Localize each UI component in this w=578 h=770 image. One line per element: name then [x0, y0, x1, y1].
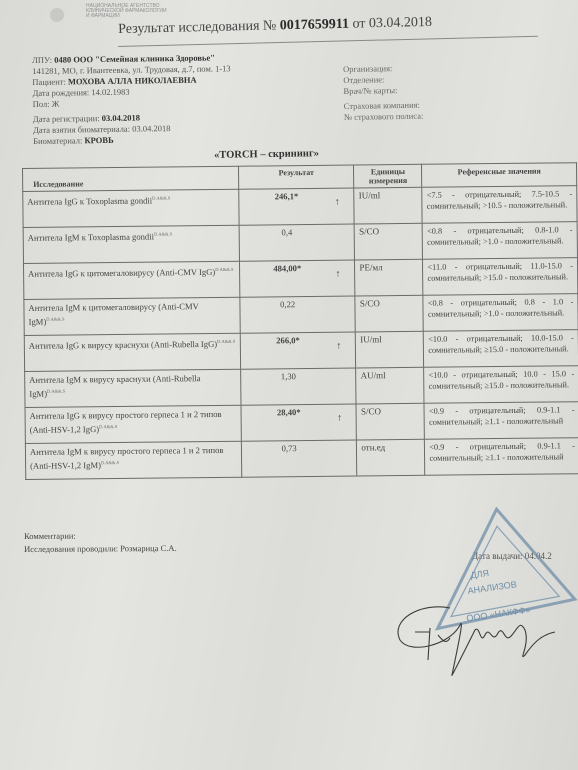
test-name-text: Антитела IgG к цитомегаловирусу (Anti-CM… [28, 267, 215, 279]
header-reference: Референсные значения [422, 163, 577, 188]
comments-label: Комментарии: [24, 529, 177, 543]
arrow-up-icon: ↑ [336, 341, 341, 352]
table-row: Антитела IgM к вирусу краснухи (Anti-Rub… [25, 366, 578, 408]
result-value: 0,22 [280, 299, 295, 309]
test-reference: <7.5 - отрицательный; 7.5-10.5 - сомните… [422, 186, 577, 224]
table-row: Антитела IgM к вирусу простого герпеса 1… [25, 438, 578, 480]
test-name: Антитела IgM к цитомегаловирусу (Anti-CM… [24, 297, 240, 335]
test-units: IU/ml [356, 331, 424, 368]
result-value: 0,4 [281, 227, 292, 237]
patient-label: Пациент: [32, 77, 66, 87]
arrow-up-icon: ↑ [335, 269, 340, 280]
title-date: 03.04.2018 [369, 15, 432, 31]
test-units: PE/мл [355, 259, 423, 296]
biomaterial-line: Биоматериал: КРОВЬ [33, 133, 232, 147]
title-date-prefix: от [349, 16, 369, 31]
test-name-text: Антитела IgG к Toxoplasma gondii [27, 195, 152, 206]
lpu-label: ЛПУ: [32, 55, 52, 65]
test-result: 0,73 [241, 440, 357, 477]
test-reference: <11.0 - отрицательный; 11.0-15.0 - сомни… [423, 258, 578, 296]
result-value: 28,40* [277, 407, 301, 417]
birth-value: 14.02.1983 [91, 87, 129, 98]
test-result: 484,00*↑ [239, 260, 355, 297]
header-units: Единицы измерения [354, 164, 422, 188]
result-value: 1,30 [281, 371, 296, 381]
result-value: 266,0* [276, 335, 300, 345]
test-name: Антитела IgG к вирусу простого герпеса 1… [25, 405, 241, 443]
sample-label: Дата взятия биоматериала: [33, 124, 130, 135]
table-row: Антитела IgG к вирусу краснухи (Anti-Rub… [24, 330, 578, 372]
test-name: Антитела IgG к Toxoplasma gondiiD.A&&.S [23, 189, 239, 227]
result-value: 0,73 [282, 443, 297, 453]
test-code: D.A&&.S [101, 460, 119, 465]
test-name-text: Антитела IgM к вирусу краснухи (Anti-Rub… [29, 373, 200, 399]
test-result: 266,0*↑ [240, 332, 356, 369]
test-code: D.A&&.S [215, 267, 233, 272]
test-reference: <0.8 - отрицательный; 0.8-1.0 - сомнител… [422, 222, 577, 260]
report-footer: Комментарии: Исследования проводили: Роз… [24, 529, 177, 556]
test-code: D.A&&.S [217, 339, 235, 344]
test-reference: <10.0 - отрицательный; 10.0 - 15.0 - сом… [424, 366, 578, 404]
sex-value: Ж [52, 99, 60, 109]
sex-label: Пол: [33, 99, 50, 109]
test-code: D.A&&.S [47, 389, 65, 394]
stamp-top-text: ДЛЯ [470, 568, 490, 580]
org-line-3: И ФАРМАЦИИ [86, 14, 186, 19]
performed-by-line: Исследования проводили: Розмарица С.А. [24, 542, 177, 556]
test-name-text: Антитела IgG к вирусу краснухи (Anti-Rub… [29, 339, 217, 351]
performed-by-value: Розмарица С.А. [120, 543, 176, 553]
patient-name: МОХОВА АЛЛА НИКОЛАЕВНА [68, 75, 197, 87]
test-units: отн.ед [357, 439, 425, 476]
test-code: D.A&&.S [154, 231, 172, 236]
org-logo-text: НАЦИОНАЛЬНОЕ АГЕНТСТВО КЛИНИЧЕСКОЙ ФАРМА… [86, 4, 186, 19]
test-code: D.A&&.S [152, 195, 170, 200]
test-name-text: Антитела IgG к вирусу простого герпеса 1… [30, 409, 222, 435]
test-units: S/CO [355, 223, 423, 260]
test-units: IU/ml [354, 187, 422, 224]
test-name: Антитела IgM к Toxoplasma gondiiD.A&&.S [23, 225, 239, 263]
test-result: 0,22 [240, 296, 356, 333]
test-units: S/CO [356, 403, 424, 440]
section-title: «TORCH – скрининг» [214, 148, 319, 161]
biomaterial-value: КРОВЬ [84, 135, 113, 145]
org-logo-icon [50, 8, 64, 22]
reg-value: 03.04.2018 [102, 112, 140, 123]
test-result: 28,40*↑ [241, 404, 357, 441]
arrow-up-icon: ↑ [335, 197, 340, 208]
lab-report-page: НАЦИОНАЛЬНОЕ АГЕНТСТВО КЛИНИЧЕСКОЙ ФАРМА… [0, 0, 578, 770]
test-name: Антитела IgG к цитомегаловирусу (Anti-CM… [24, 261, 240, 299]
table-row: Антитела IgM к цитомегаловирусу (Anti-CM… [24, 294, 578, 336]
header-test: Исследование [23, 166, 239, 191]
test-name-text: Антитела IgM к Toxoplasma gondii [28, 231, 154, 242]
result-value: 246,1* [275, 191, 299, 201]
title-prefix: Результат исследования № [118, 18, 280, 37]
result-number: 0017659911 [280, 17, 350, 34]
test-code: D.A&&.S [46, 317, 64, 322]
test-reference: <10.0 - отрицательный; 10.0-15.0 - сомни… [424, 330, 578, 368]
reg-label: Дата регистрации: [33, 113, 100, 124]
test-units: AU/ml [356, 367, 424, 404]
arrow-up-icon: ↑ [337, 413, 342, 424]
performed-by-label: Исследования проводили: [24, 543, 118, 554]
test-reference: <0.8 - отрицательный; 0.8 - 1.0 - сомнит… [423, 294, 578, 332]
birth-label: Дата рождения: [32, 87, 89, 98]
sample-value: 03.04.2018 [132, 123, 170, 134]
header-result: Результат [238, 165, 354, 189]
table-row: Антитела IgG к Toxoplasma gondiiD.A&&.S2… [23, 186, 577, 228]
test-name: Антитела IgG к вирусу краснухи (Anti-Rub… [24, 333, 240, 371]
test-name-text: Антитела IgM к цитомегаловирусу (Anti-CM… [28, 301, 198, 327]
test-name: Антитела IgM к вирусу краснухи (Anti-Rub… [25, 369, 241, 407]
test-reference: <0.9 - отрицательный; 0.9-1.1 - сомнител… [425, 438, 578, 476]
org-info: Организация: Отделение: Врач/№ карты: Ст… [343, 63, 423, 123]
policy-number-label: № страхового полиса: [344, 111, 424, 123]
test-result: 0,4 [239, 224, 355, 261]
test-code: D.A&&.S [99, 424, 117, 429]
biomaterial-label: Биоматериал: [33, 135, 82, 146]
stamp-middle-text: АНАЛИЗОВ [467, 579, 517, 596]
signature-icon [380, 600, 578, 680]
test-reference: <0.9 - отрицательный; 0.9-1.1 - сомнител… [424, 402, 578, 440]
result-value: 484,00* [273, 263, 301, 273]
test-result: 246,1*↑ [239, 188, 355, 225]
test-result: 1,30 [241, 368, 357, 405]
test-units: S/CO [355, 295, 423, 332]
test-name-text: Антитела IgM к вирусу простого герпеса 1… [30, 445, 224, 471]
table-row: Антитела IgM к Toxoplasma gondiiD.A&&.S0… [23, 222, 577, 264]
table-row: Антитела IgG к вирусу простого герпеса 1… [25, 402, 578, 444]
table-row: Антитела IgG к цитомегаловирусу (Anti-CM… [24, 258, 578, 300]
patient-info: ЛПУ: 0480 ООО "Семейная клиника Здоровье… [32, 52, 232, 147]
title-underline [118, 36, 538, 47]
results-table: Исследование Результат Единицы измерения… [22, 162, 578, 480]
test-name: Антитела IgM к вирусу простого герпеса 1… [25, 441, 241, 479]
